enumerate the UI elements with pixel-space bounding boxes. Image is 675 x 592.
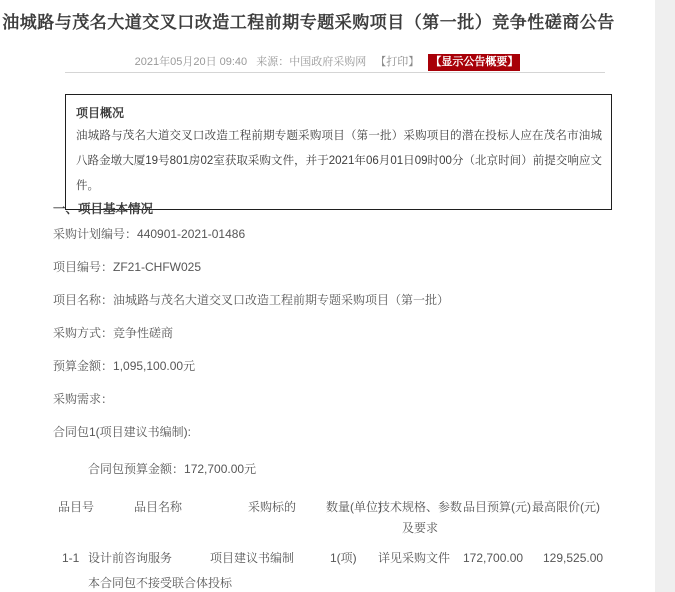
items-table: 品目号 品目名称 采购标的 数量(单位) 技术规格、参数及要求 品目预算(元) …: [0, 497, 655, 592]
announcement-page: 油城路与茂名大道交叉口改造工程前期专题采购项目（第一批）竞争性磋商公告 2021…: [0, 0, 675, 592]
table-cell-item-budget: 172,700.00: [463, 548, 523, 569]
section-heading-basic-info: 一、项目基本情况: [53, 199, 153, 217]
field-project-no: 项目编号：ZF21-CHFW025: [53, 259, 201, 275]
divider-line: [65, 72, 605, 73]
field-procurement-plan-no: 采购计划编号：440901-2021-01486: [53, 226, 245, 242]
field-label: 预算金额：: [53, 359, 113, 373]
table-header-item-no: 品目号: [58, 497, 94, 518]
table-cell-specs: 详见采购文件: [378, 548, 450, 569]
table-cell-quantity: 1(项): [330, 548, 357, 569]
overview-heading: 项目概况: [76, 104, 602, 122]
print-button[interactable]: 【打印】: [375, 56, 419, 68]
overview-box: 项目概况 油城路与茂名大道交叉口改造工程前期专题采购项目（第一批）采购项目的潜在…: [65, 94, 612, 210]
table-cell-item-no: 1-1: [62, 548, 79, 569]
field-label: 采购需求：: [53, 392, 113, 406]
field-procurement-method: 采购方式：竞争性磋商: [53, 325, 173, 341]
table-header-max-price: 最高限价(元): [532, 497, 600, 518]
field-value: 竞争性磋商: [113, 326, 173, 340]
table-cell-item-name: 设计前咨询服务: [88, 548, 172, 569]
field-label: 合同包1(项目建议书编制):: [53, 425, 191, 439]
field-label: 采购计划编号：: [53, 227, 137, 241]
table-cell-max-price: 129,525.00: [543, 548, 603, 569]
meta-bar: 2021年05月20日 09:40 来源：中国政府采购网 【打印】 【显示公告概…: [0, 54, 655, 71]
table-header-subject: 采购标的: [248, 497, 296, 518]
table-header-item-budget: 品目预算(元): [463, 497, 531, 518]
table-cell-subject: 项目建议书编制: [210, 548, 294, 569]
publish-datetime: 2021年05月20日 09:40: [135, 56, 248, 68]
overview-text: 油城路与茂名大道交叉口改造工程前期专题采购项目（第一批）采购项目的潜在投标人应在…: [76, 124, 602, 199]
page-background-gutter: [655, 0, 675, 592]
field-label: 合同包预算金额：: [88, 462, 184, 476]
table-header-specs: 技术规格、参数及要求: [377, 497, 463, 539]
field-value: ZF21-CHFW025: [113, 260, 201, 274]
table-header-quantity: 数量(单位): [326, 497, 382, 518]
field-contract-package: 合同包1(项目建议书编制):: [53, 424, 191, 440]
show-summary-button[interactable]: 【显示公告概要】: [428, 54, 520, 71]
field-package-budget: 合同包预算金额：172,700.00元: [88, 461, 256, 477]
field-procurement-demand: 采购需求：: [53, 391, 113, 407]
page-title: 油城路与茂名大道交叉口改造工程前期专题采购项目（第一批）竞争性磋商公告: [0, 11, 617, 35]
field-value: 440901-2021-01486: [137, 227, 245, 241]
field-project-name: 项目名称：油城路与茂名大道交叉口改造工程前期专题采购项目（第一批）: [53, 292, 449, 308]
field-label: 项目编号：: [53, 260, 113, 274]
table-note: 本合同包不接受联合体投标: [88, 573, 232, 592]
field-value: 172,700.00元: [184, 462, 256, 476]
field-label: 项目名称：: [53, 293, 113, 307]
source-label: 来源：中国政府采购网: [256, 56, 366, 68]
field-value: 1,095,100.00元: [113, 359, 195, 373]
field-value: 油城路与茂名大道交叉口改造工程前期专题采购项目（第一批）: [113, 293, 449, 307]
table-header-item-name: 品目名称: [134, 497, 182, 518]
field-label: 采购方式：: [53, 326, 113, 340]
field-budget-amount: 预算金额：1,095,100.00元: [53, 358, 195, 374]
